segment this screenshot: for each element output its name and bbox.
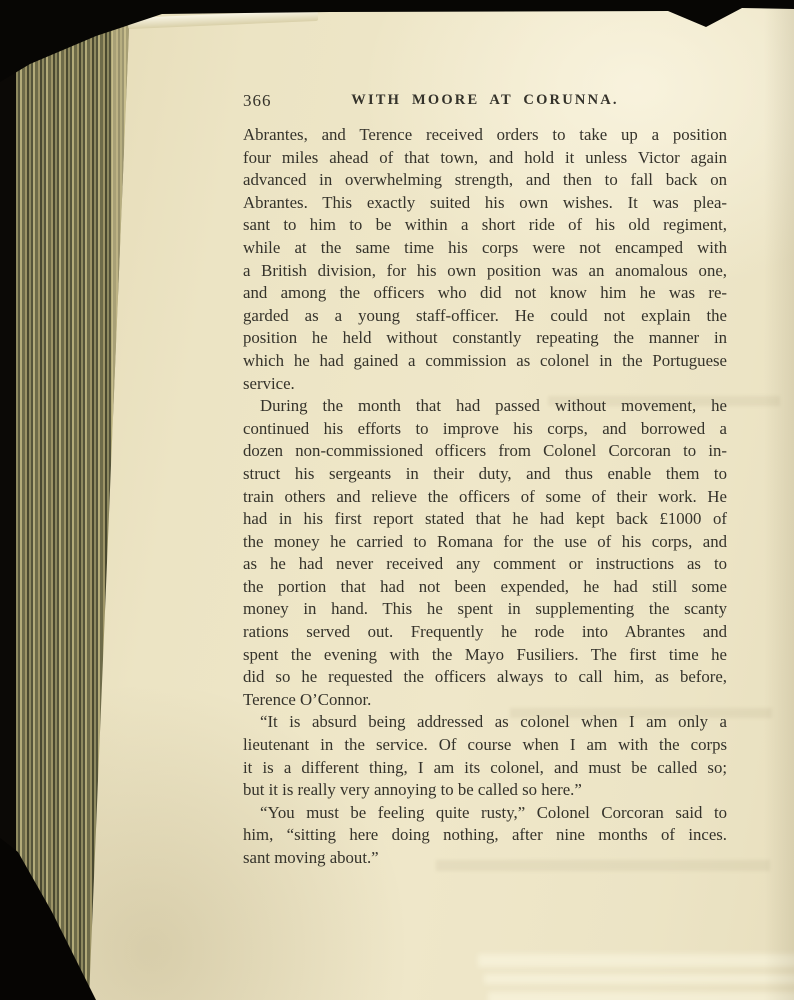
text-line: a British division, for his own position… (243, 260, 727, 283)
text-line: train others and relieve the officers of… (243, 486, 727, 509)
text-line: sant to him to be within a short ride of… (243, 214, 727, 237)
body-text: Abrantes, and Terence received orders to… (243, 124, 727, 870)
text-line: sant moving about.” (243, 847, 727, 870)
text-line: continued his efforts to improve his cor… (243, 418, 727, 441)
text-line: Terence O’Connor. (243, 689, 727, 712)
text-line: which he had gained a commission as colo… (243, 350, 727, 373)
text-line: it is a different thing, I am its colone… (243, 757, 727, 780)
text-line: position he held without constantly repe… (243, 327, 727, 350)
paragraph: Abrantes, and Terence received orders to… (243, 124, 727, 395)
page-ripple-highlight (478, 954, 794, 967)
text-line: and among the officers who did not know … (243, 282, 727, 305)
running-head-title: WITH MOORE AT CORUNNA. (243, 92, 727, 109)
text-line: had in his first report stated that he h… (243, 508, 727, 531)
text-line: while at the same time his corps were no… (243, 237, 727, 260)
page-ripple-highlight (484, 974, 794, 984)
text-line: spent the evening with the Mayo Fusilier… (243, 644, 727, 667)
text-line: four miles ahead of that town, and hold … (243, 147, 727, 170)
text-line: “It is absurd being addressed as colonel… (243, 711, 727, 734)
text-line: During the month that had passed without… (243, 395, 727, 418)
text-line: lieutenant in the service. Of course whe… (243, 734, 727, 757)
text-line: Abrantes, and Terence received orders to… (243, 124, 727, 147)
paragraph: During the month that had passed without… (243, 395, 727, 711)
text-line: dozen non-commissioned officers from Col… (243, 440, 727, 463)
page-header: 366 WITH MOORE AT CORUNNA. (243, 91, 727, 113)
book-scan-photo: 366 WITH MOORE AT CORUNNA. Abrantes, and… (0, 0, 794, 1000)
text-line: did so he requested the officers always … (243, 666, 727, 689)
text-line: the portion that had not been expended, … (243, 576, 727, 599)
text-line: advanced in overwhelming strength, and t… (243, 169, 727, 192)
page-ripple-highlight (488, 992, 794, 1000)
text-line: struct his sergeants in their duty, and … (243, 463, 727, 486)
text-line: as he had never received any comment or … (243, 553, 727, 576)
text-line: service. (243, 373, 727, 396)
paragraph: “You must be feeling quite rusty,” Colon… (243, 802, 727, 870)
text-line: the money he carried to Romana for the u… (243, 531, 727, 554)
text-line: Abrantes. This exactly suited his own wi… (243, 192, 727, 215)
text-line: but it is really very annoying to be cal… (243, 779, 727, 802)
text-line: money in hand. This he spent in suppleme… (243, 598, 727, 621)
text-line: “You must be feeling quite rusty,” Colon… (243, 802, 727, 825)
text-line: rations served out. Frequently he rode i… (243, 621, 727, 644)
paragraph: “It is absurd being addressed as colonel… (243, 711, 727, 801)
text-line: garded as a young staff-officer. He coul… (243, 305, 727, 328)
text-line: him, “sitting here doing nothing, after … (243, 824, 727, 847)
